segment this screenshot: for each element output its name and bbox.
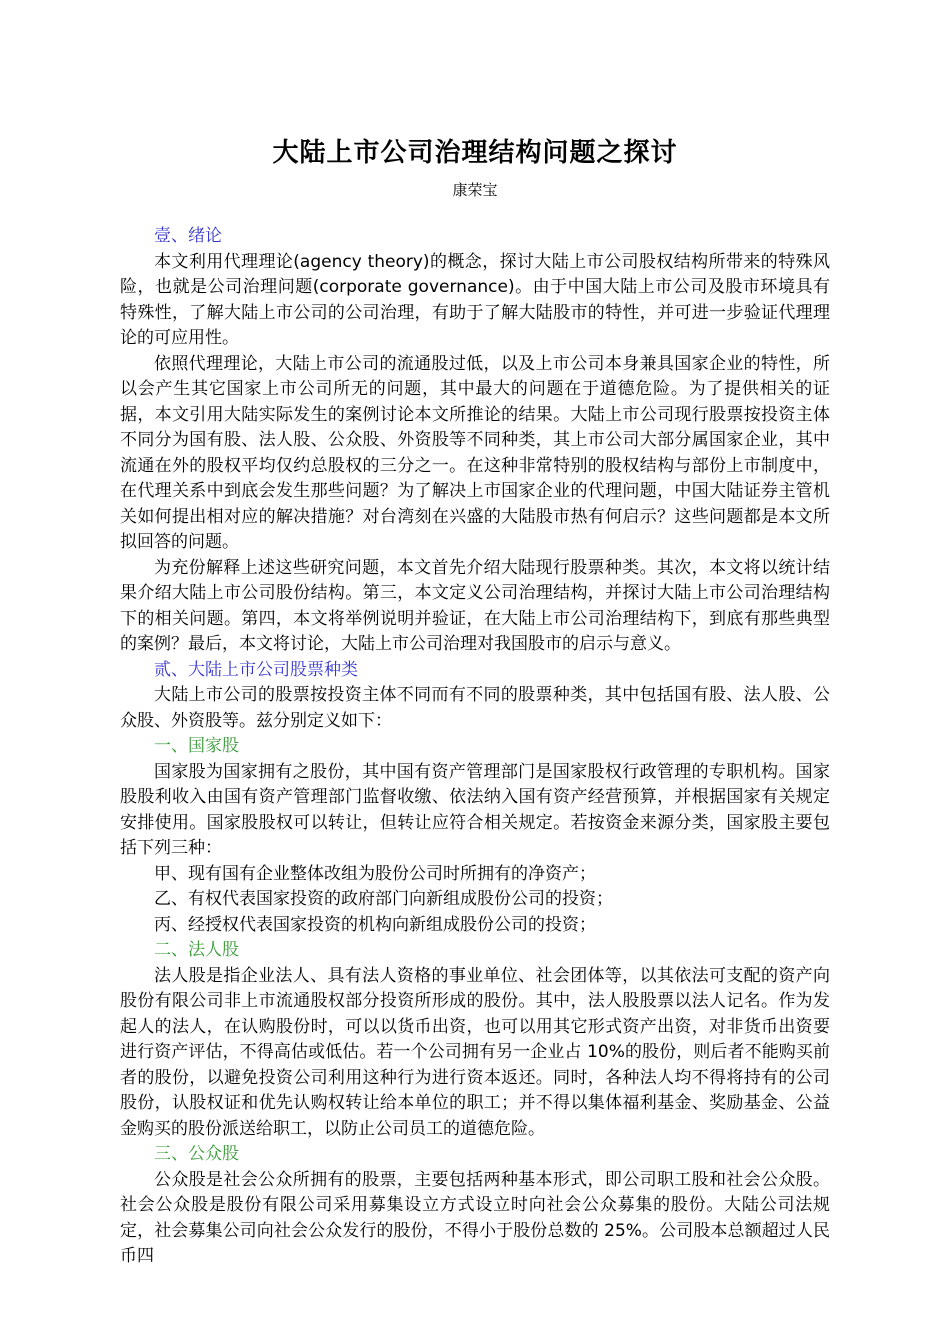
paragraph-state-shares: 国家股为国家拥有之股份，其中国有资产管理部门是国家股权行政管理的专职机构。国家股… [120, 760, 830, 862]
paragraph-intro-1: 本文利用代理理论(agency theory)的概念，探讨大陆上市公司股权结构所… [120, 250, 830, 352]
paragraph-legal-person-shares: 法人股是指企业法人、具有法人资格的事业单位、社会团体等，以其依法可支配的资产向股… [120, 964, 830, 1143]
list-item-state-c: 丙、经授权代表国家投资的机构向新组成股份公司的投资； [120, 913, 830, 939]
document-body: 壹、绪论 本文利用代理理论(agency theory)的概念，探讨大陆上市公司… [120, 224, 830, 1270]
paragraph-intro-3: 为充份解释上述这些研究问题，本文首先介绍大陆现行股票种类。其次，本文将以统计结果… [120, 556, 830, 658]
subsection-heading-legal-person-shares: 二、法人股 [120, 938, 830, 964]
document-title: 大陆上市公司治理结构问题之探讨 [120, 136, 830, 170]
subsection-heading-state-shares: 一、国家股 [120, 734, 830, 760]
section-heading-intro: 壹、绪论 [120, 224, 830, 250]
document-page: 大陆上市公司治理结构问题之探讨 康荣宝 壹、绪论 本文利用代理理论(agency… [0, 0, 950, 1344]
paragraph-stock-types-intro: 大陆上市公司的股票按投资主体不同而有不同的股票种类，其中包括国有股、法人股、公众… [120, 683, 830, 734]
list-item-state-b: 乙、有权代表国家投资的政府部门向新组成股份公司的投资； [120, 887, 830, 913]
list-item-state-a: 甲、现有国有企业整体改组为股份公司时所拥有的净资产； [120, 862, 830, 888]
paragraph-public-shares: 公众股是社会公众所拥有的股票，主要包括两种基本形式，即公司职工股和社会公众股。社… [120, 1168, 830, 1270]
author-name: 康荣宝 [120, 178, 830, 202]
section-heading-stock-types: 贰、大陆上市公司股票种类 [120, 658, 830, 684]
subsection-heading-public-shares: 三、公众股 [120, 1142, 830, 1168]
paragraph-intro-2: 依照代理理论，大陆上市公司的流通股过低，以及上市公司本身兼具国家企业的特性，所以… [120, 352, 830, 556]
